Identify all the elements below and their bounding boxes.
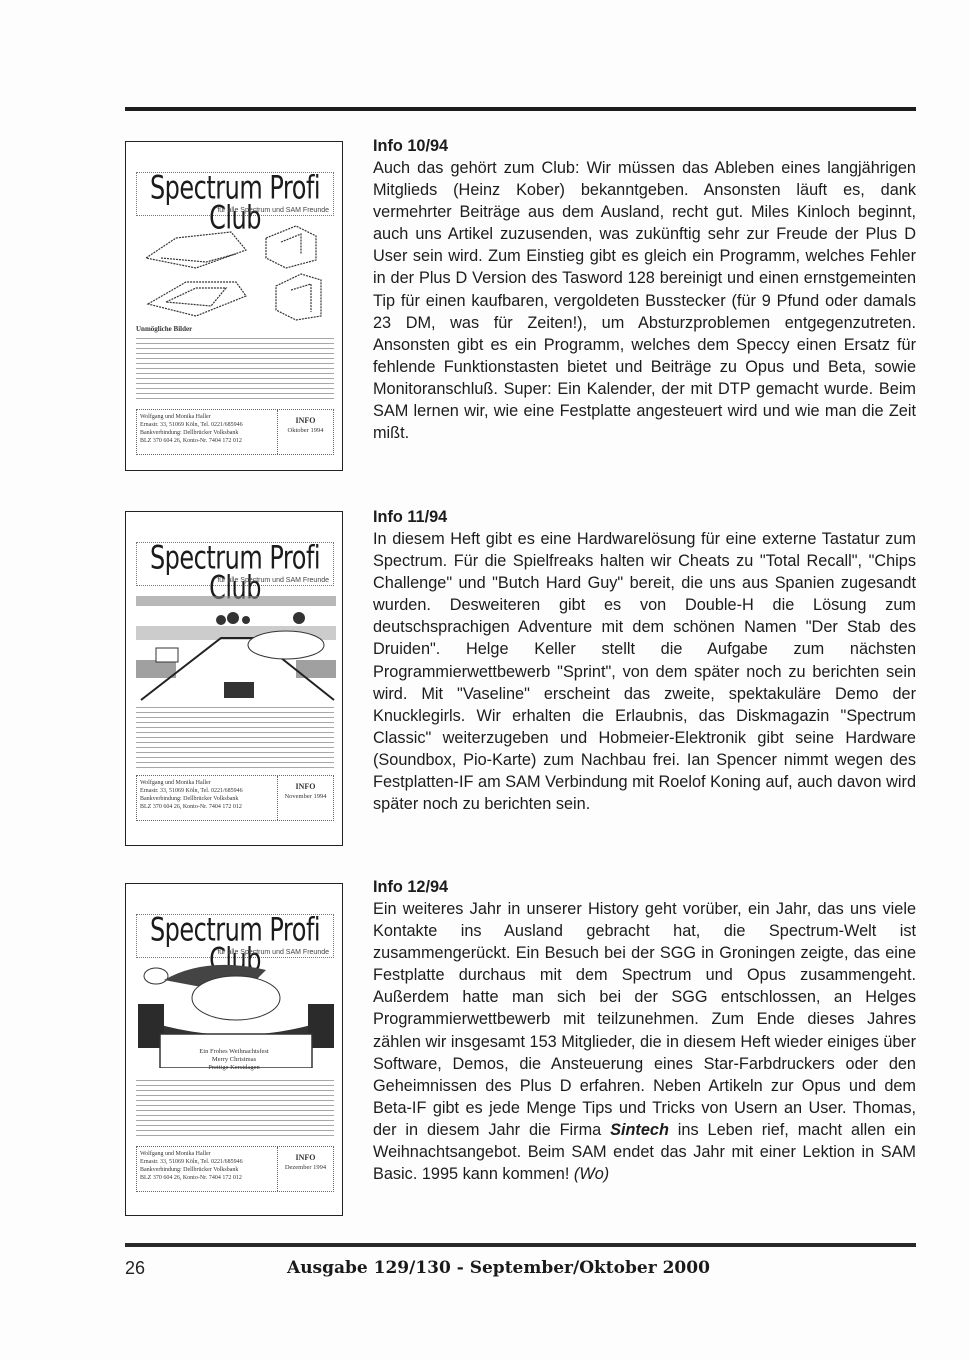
article-heading: Info 11/94 — [373, 506, 916, 528]
masthead-subtitle: für alle Spectrum und SAM Freunde — [217, 949, 329, 956]
article-heading: Info 12/94 — [373, 876, 916, 898]
author-signature: (Wo) — [574, 1165, 609, 1183]
page-number: 26 — [125, 1258, 145, 1279]
cover-info-11-94: Spectrum Profi Club für alle Spectrum un… — [125, 511, 343, 846]
table-of-contents — [136, 1080, 334, 1140]
masthead-subtitle: für alle Spectrum und SAM Freunde — [217, 577, 329, 584]
issue-badge: INFO Dezember 1994 — [277, 1147, 333, 1191]
table-of-contents — [136, 707, 334, 769]
christmas-greetings: Ein Frohes Weihnachtsfest Merry Christma… — [166, 1048, 302, 1072]
article-heading: Info 10/94 — [373, 135, 916, 157]
article-body: Auch das gehört zum Club: Wir müssen das… — [373, 157, 916, 444]
masthead: Spectrum Profi Club für alle Spectrum un… — [136, 542, 334, 586]
imprint-box: Wolfgang und Monika Haller Ernastr. 33, … — [136, 1146, 334, 1192]
cover-info-12-94: Spectrum Profi Club für alle Spectrum un… — [125, 883, 343, 1216]
table-of-contents — [136, 338, 334, 402]
issue-badge: INFO Oktober 1994 — [277, 410, 333, 454]
masthead: Spectrum Profi Club für alle Spectrum un… — [136, 172, 334, 216]
imprint-box: Wolfgang und Monika Haller Ernastr. 33, … — [136, 775, 334, 821]
article-info-12-94: Info 12/94 Ein weiteres Jahr in unserer … — [373, 876, 916, 1185]
brand-name: Sintech — [610, 1121, 669, 1139]
article-body: Ein weiteres Jahr in unserer History geh… — [373, 898, 916, 1185]
issue-badge: INFO November 1994 — [277, 776, 333, 820]
article-info-10-94: Info 10/94 Auch das gehört zum Club: Wir… — [373, 135, 916, 444]
toc-heading: Unmögliche Bilder — [136, 325, 192, 333]
masthead: Spectrum Profi Club für alle Spectrum un… — [136, 914, 334, 958]
article-info-11-94: Info 11/94 In diesem Heft gibt es eine H… — [373, 506, 916, 815]
page-footer: 26 Ausgabe 129/130 - September/Oktober 2… — [125, 1258, 916, 1282]
publisher-address: Wolfgang und Monika Haller Ernastr. 33, … — [140, 1150, 280, 1182]
issue-line: Ausgabe 129/130 - September/Oktober 2000 — [287, 1258, 710, 1278]
impossible-figures-icon — [136, 220, 334, 322]
bottom-rule — [125, 1243, 916, 1247]
masthead-subtitle: für alle Spectrum und SAM Freunde — [217, 207, 329, 214]
top-rule — [125, 107, 916, 111]
publisher-address: Wolfgang und Monika Haller Ernastr. 33, … — [140, 779, 280, 811]
article-body: In diesem Heft gibt es eine Hardwarelösu… — [373, 528, 916, 815]
racing-road-scene-icon — [136, 590, 334, 702]
publisher-address: Wolfgang und Monika Haller Ernastr. 33, … — [140, 413, 280, 445]
cover-info-10-94: Spectrum Profi Club für alle Spectrum un… — [125, 141, 343, 471]
imprint-box: Wolfgang und Monika Haller Ernastr. 33, … — [136, 409, 334, 455]
